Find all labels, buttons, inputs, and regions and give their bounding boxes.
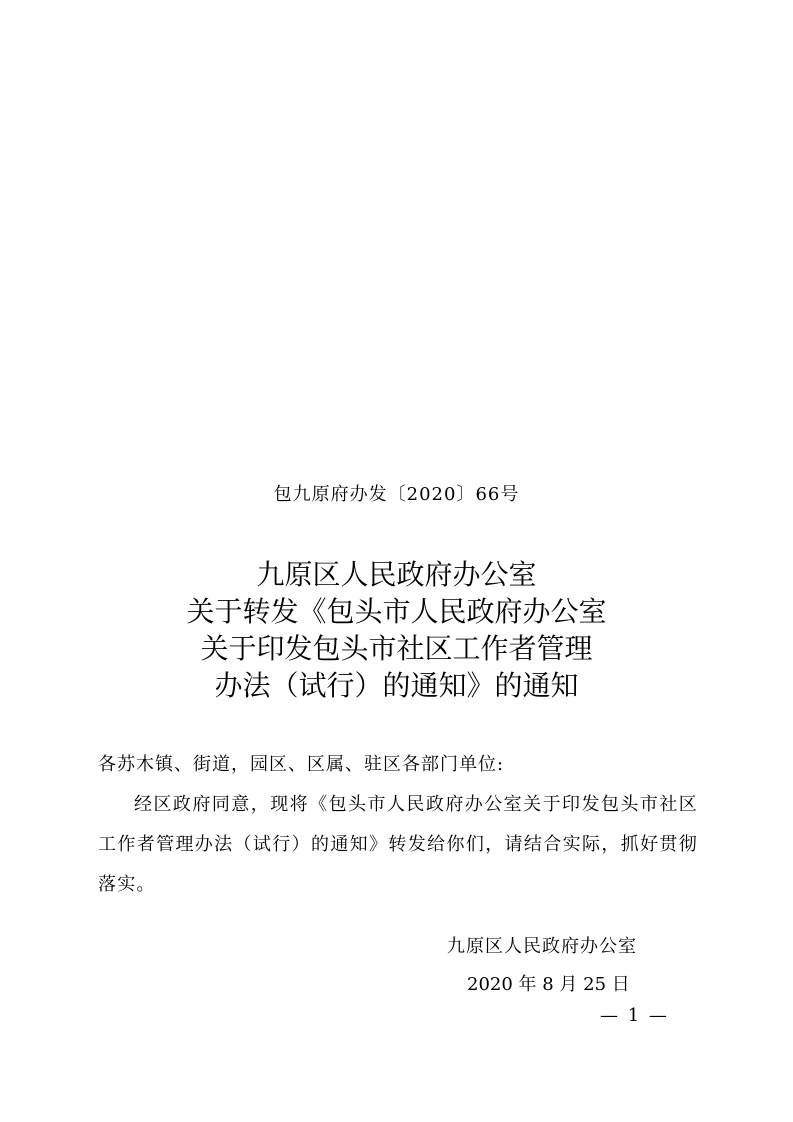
body-paragraph: 经区政府同意，现将《包头市人民政府办公室关于印发包头市社区工作者管理办法（试行）… (98, 785, 698, 905)
title-line: 办法（试行）的通知》的通知 (0, 667, 793, 704)
title-line: 关于转发《包头市人民政府办公室 (0, 593, 793, 630)
document-number: 包九原府办发〔2020〕66号 (0, 480, 793, 506)
title-line: 九原区人民政府办公室 (0, 556, 793, 593)
title-line: 关于印发包头市社区工作者管理 (0, 630, 793, 667)
document-body: 各苏木镇、街道，园区、区属、驻区各部门单位: 经区政府同意，现将《包头市人民政府… (98, 745, 698, 905)
signature-date: 2020 年 8 月 25 日 (467, 970, 630, 996)
addressee: 各苏木镇、街道，园区、区属、驻区各部门单位: (98, 745, 698, 785)
document-page: 包九原府办发〔2020〕66号 九原区人民政府办公室 关于转发《包头市人民政府办… (0, 0, 793, 1122)
document-title: 九原区人民政府办公室 关于转发《包头市人民政府办公室 关于印发包头市社区工作者管… (0, 556, 793, 704)
page-number: — 1 — (600, 1005, 669, 1026)
signature-organization: 九原区人民政府办公室 (447, 932, 637, 958)
